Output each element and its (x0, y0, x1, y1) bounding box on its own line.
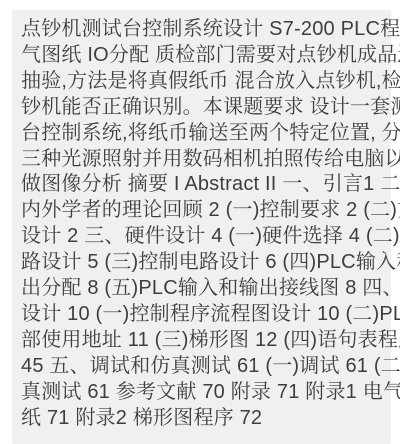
text-line: 真测试 61 参考文献 70 附录 71 附录1 电气图 (21, 380, 379, 406)
text-line: 出分配 8 (五)PLC输入和输出接线图 8 四、软件 (21, 276, 379, 302)
document-text-panel: 点钞机测试台控制系统设计 S7-200 PLC程序 电 气图纸 IO分配 质检部… (12, 10, 391, 444)
text-line: 设计 2 三、硬件设计 4 (一)硬件选择 4 (二)主电 (21, 224, 379, 250)
text-line: 部使用地址 11 (三)梯形图 12 (四)语句表程序 (21, 328, 379, 354)
text-line: 设计 10 (一)控制程序流程图设计 10 (二)PLC内 (21, 302, 379, 328)
text-line: 台控制系统,将纸币输送至两个特定位置, 分别用 (21, 121, 379, 147)
text-line: 三种光源照射并用数码相机拍照传给电脑以便 (21, 147, 379, 173)
text-line: 做图像分析 摘要 I Abstract II 一、引言1 二、国 (21, 172, 379, 198)
text-line: 点钞机测试台控制系统设计 S7-200 PLC程序 电 (21, 17, 379, 43)
text-line: 抽验,方法是将真假纸币 混合放入点钞机,检验点 (21, 69, 379, 95)
text-line: 气图纸 IO分配 质检部门需要对点钞机成品进行 (21, 43, 379, 69)
text-line: 钞机能否正确识别。本课题要求 设计一套测试 (21, 95, 379, 121)
text-line: 45 五、调试和仿真测试 61 (一)调试 61 (二)仿 (21, 354, 379, 380)
text-line: 纸 71 附录2 梯形图程序 72 (21, 406, 379, 432)
text-line: 路设计 5 (三)控制电路设计 6 (四)PLC输入和输 (21, 250, 379, 276)
text-line: 内外学者的理论回顾 2 (一)控制要求 2 (二)方案 (21, 198, 379, 224)
